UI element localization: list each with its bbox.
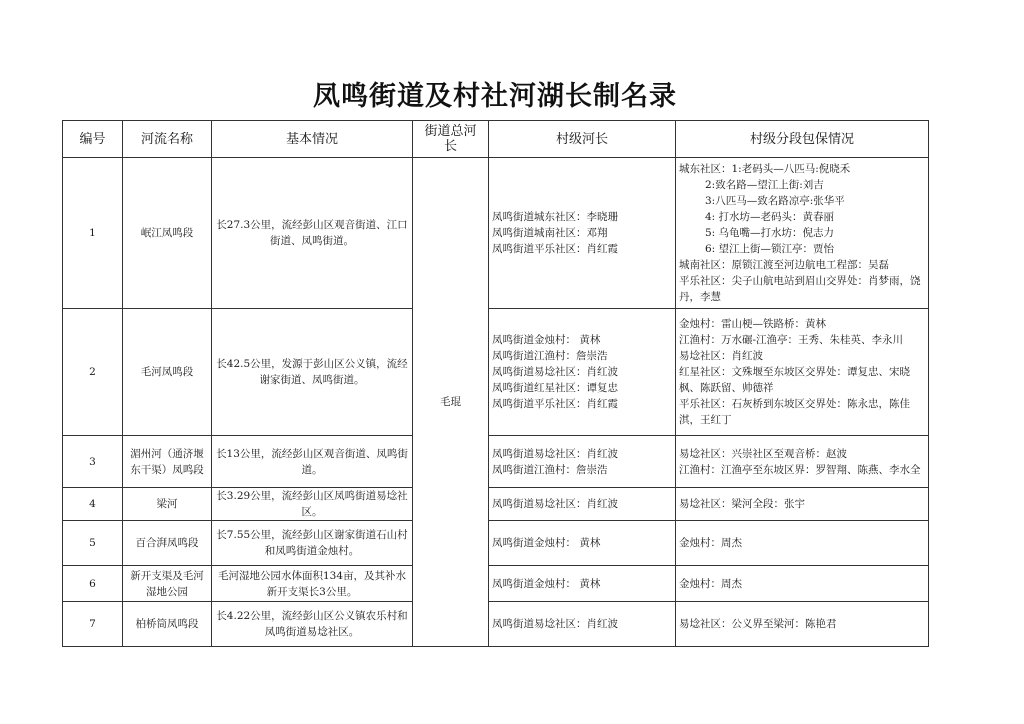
section-item: 平乐社区：尖子山航电站到眉山交界处：肖梦雨，饶丹，李慧	[679, 273, 925, 305]
section-assignments: 易埝社区：梁河全段：张宇	[676, 488, 929, 521]
table-row: 7 柏桥筒凤鸣段 长4.22公里，流经彭山区公义镇农乐村和凤鸣街道易埝社区。 凤…	[63, 602, 929, 647]
row-number: 7	[63, 602, 123, 647]
river-name: 湄州河（通济堰东干渠）凤鸣段	[123, 436, 212, 488]
section-assignments: 易埝社区：兴崇社区至观音桥：赵波 江渔村：江渔亭至东坡区界：罗智翔、陈燕、李水全	[676, 436, 929, 488]
village-chiefs: 凤鸣街道城东社区：李晓珊 凤鸣街道城南社区：邓翔 凤鸣街道平乐社区：肖红霞	[489, 158, 676, 309]
village-chiefs: 凤鸣街道金烛村： 黄林	[489, 566, 676, 602]
row-number: 6	[63, 566, 123, 602]
section-item: 3:八匹马—致名路凉亭:张华平	[679, 193, 925, 209]
section-assignments: 金烛村：周杰	[676, 521, 929, 566]
river-name: 柏桥筒凤鸣段	[123, 602, 212, 647]
village-chiefs: 凤鸣街道金烛村： 黄林	[489, 521, 676, 566]
section-item: 易埝社区：公义界至梁河：陈艳君	[679, 616, 925, 632]
section-item: 易埝社区：兴崇社区至观音桥：赵波	[679, 446, 925, 462]
river-name: 毛河凤鸣段	[123, 309, 212, 436]
village-chief: 凤鸣街道易埝社区：肖红波	[492, 364, 672, 380]
village-chiefs: 凤鸣街道金烛村： 黄林 凤鸣街道江渔村：詹崇浩 凤鸣街道易埝社区：肖红波 凤鸣街…	[489, 309, 676, 436]
section-item: 金烛村：雷山梗—铁路桥：黄林	[679, 316, 925, 332]
basic-info: 长4.22公里，流经彭山区公义镇农乐村和凤鸣街道易埝社区。	[212, 602, 413, 647]
section-item: 江渔村：万水碾-江渔亭：王秀、朱桂英、李永川	[679, 332, 925, 348]
village-chief: 凤鸣街道易埝社区：肖红波	[492, 446, 672, 462]
header-number: 编号	[63, 121, 123, 158]
section-assignments: 易埝社区：公义界至梁河：陈艳君	[676, 602, 929, 647]
basic-info: 毛河湿地公园水体面积134亩，及其补水新开支渠长3公里。	[212, 566, 413, 602]
basic-info: 长3.29公里，流经彭山区凤鸣街道易埝社区。	[212, 488, 413, 521]
section-assignments: 城东社区：1:老码头—八匹马:倪晓禾 2:致名路—望江上街:刘吉 3:八匹马—致…	[676, 158, 929, 309]
section-item: 城东社区：1:老码头—八匹马:倪晓禾	[679, 161, 925, 177]
table-row: 6 新开支渠及毛河湿地公园 毛河湿地公园水体面积134亩，及其补水新开支渠长3公…	[63, 566, 929, 602]
row-number: 5	[63, 521, 123, 566]
section-item: 金烛村：周杰	[679, 535, 925, 551]
table-row: 4 梁河 长3.29公里，流经彭山区凤鸣街道易埝社区。 凤鸣街道易埝社区：肖红波…	[63, 488, 929, 521]
village-chief: 凤鸣街道城东社区：李晓珊	[492, 209, 672, 225]
basic-info: 长13公里，流经彭山区观音街道、凤鸣街道。	[212, 436, 413, 488]
header-street-chief: 街道总河长	[413, 121, 489, 158]
river-name: 百合湃凤鸣段	[123, 521, 212, 566]
section-item: 金烛村：周杰	[679, 576, 925, 592]
header-row: 编号 河流名称 基本情况 街道总河长 村级河长 村级分段包保情况	[63, 121, 929, 158]
basic-info: 长27.3公里，流经彭山区观音街道、江口街道、凤鸣街道。	[212, 158, 413, 309]
village-chief: 凤鸣街道江渔村：詹崇浩	[492, 462, 672, 478]
row-number: 1	[63, 158, 123, 309]
header-village-chief: 村级河长	[489, 121, 676, 158]
section-item: 2:致名路—望江上街:刘吉	[679, 177, 925, 193]
village-chiefs: 凤鸣街道易埝社区：肖红波	[489, 488, 676, 521]
river-name: 梁河	[123, 488, 212, 521]
village-chiefs: 凤鸣街道易埝社区：肖红波 凤鸣街道江渔村：詹崇浩	[489, 436, 676, 488]
section-item: 平乐社区：石灰桥到东坡区交界处：陈永忠，陈佳淇，王红丁	[679, 396, 925, 428]
village-chief: 凤鸣街道平乐社区：肖红霞	[492, 241, 672, 257]
header-sections: 村级分段包保情况	[676, 121, 929, 158]
row-number: 3	[63, 436, 123, 488]
section-item: 6: 望江上街—锁江亭：贾怡	[679, 241, 925, 257]
row-number: 2	[63, 309, 123, 436]
village-chief: 凤鸣街道金烛村： 黄林	[492, 535, 672, 551]
village-chief: 凤鸣街道金烛村： 黄林	[492, 332, 672, 348]
river-chief-table: 编号 河流名称 基本情况 街道总河长 村级河长 村级分段包保情况 1 岷江凤鸣段…	[62, 120, 929, 647]
section-item: 易埝社区：肖红波	[679, 348, 925, 364]
village-chief: 凤鸣街道江渔村：詹崇浩	[492, 348, 672, 364]
section-item: 江渔村：江渔亭至东坡区界：罗智翔、陈燕、李水全	[679, 462, 925, 478]
table-row: 5 百合湃凤鸣段 长7.55公里，流经彭山区谢家街道石山村和凤鸣街道金烛村。 凤…	[63, 521, 929, 566]
village-chief: 凤鸣街道易埝社区：肖红波	[492, 616, 672, 632]
street-chief: 毛琨	[413, 158, 489, 647]
village-chief: 凤鸣街道红星社区：谭复忠	[492, 380, 672, 396]
section-item: 4: 打水坊—老码头：黄春丽	[679, 209, 925, 225]
basic-info: 长42.5公里，发源于彭山区公义镇，流经谢家街道、凤鸣街道。	[212, 309, 413, 436]
section-assignments: 金烛村：周杰	[676, 566, 929, 602]
section-item: 5: 乌龟嘴—打水坊：倪志力	[679, 225, 925, 241]
village-chief: 凤鸣街道城南社区：邓翔	[492, 225, 672, 241]
section-item: 城南社区：原锁江渡至河边航电工程部：吴磊	[679, 257, 925, 273]
village-chief: 凤鸣街道金烛村： 黄林	[492, 576, 672, 592]
basic-info: 长7.55公里，流经彭山区谢家街道石山村和凤鸣街道金烛村。	[212, 521, 413, 566]
page-title: 凤鸣街道及村社河湖长制名录	[0, 74, 990, 113]
section-item: 红星社区：文殊堰至东坡区交界处：谭复忠、宋晓枫、陈跃留、帅德祥	[679, 364, 925, 396]
river-name: 新开支渠及毛河湿地公园	[123, 566, 212, 602]
table-row: 2 毛河凤鸣段 长42.5公里，发源于彭山区公义镇，流经谢家街道、凤鸣街道。 凤…	[63, 309, 929, 436]
table-row: 3 湄州河（通济堰东干渠）凤鸣段 长13公里，流经彭山区观音街道、凤鸣街道。 凤…	[63, 436, 929, 488]
river-name: 岷江凤鸣段	[123, 158, 212, 309]
table-row: 1 岷江凤鸣段 长27.3公里，流经彭山区观音街道、江口街道、凤鸣街道。 毛琨 …	[63, 158, 929, 309]
village-chief: 凤鸣街道平乐社区：肖红霞	[492, 396, 672, 412]
village-chief: 凤鸣街道易埝社区：肖红波	[492, 496, 672, 512]
village-chiefs: 凤鸣街道易埝社区：肖红波	[489, 602, 676, 647]
section-assignments: 金烛村：雷山梗—铁路桥：黄林 江渔村：万水碾-江渔亭：王秀、朱桂英、李永川 易埝…	[676, 309, 929, 436]
section-item: 易埝社区：梁河全段：张宇	[679, 496, 925, 512]
header-river-name: 河流名称	[123, 121, 212, 158]
header-basic-info: 基本情况	[212, 121, 413, 158]
row-number: 4	[63, 488, 123, 521]
